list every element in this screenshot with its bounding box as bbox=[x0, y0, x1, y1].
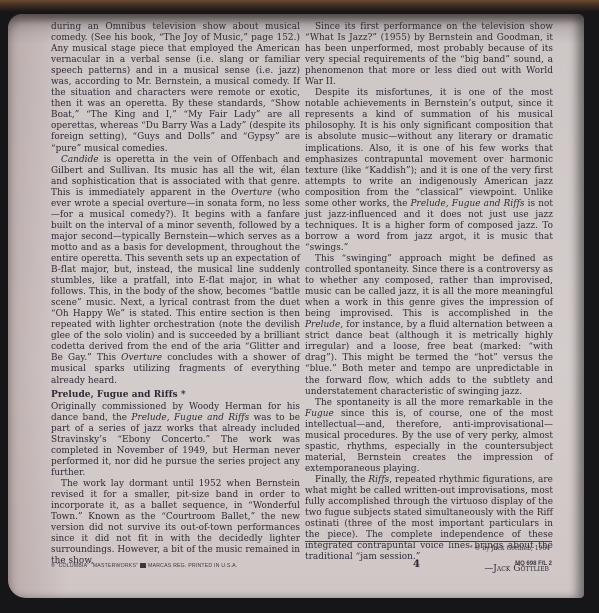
italic-title: Prelude bbox=[305, 320, 340, 330]
page-number: 4 bbox=[413, 559, 420, 570]
trademark-text: ® “COLUMBIA” “MASTERWORKS” bbox=[51, 563, 138, 569]
columbia-logo-icon bbox=[140, 563, 146, 568]
paragraph-text: This “swinging” approach might be define… bbox=[305, 254, 553, 319]
paragraph: Candide is operetta in the vein of Offen… bbox=[51, 155, 300, 387]
section-heading: Prelude, Fugue and Riffs * bbox=[51, 390, 300, 401]
right-column: Since its first performance on the telev… bbox=[305, 22, 553, 575]
paragraph-text: Finally, the bbox=[315, 475, 368, 485]
paragraph: This “swinging” approach might be define… bbox=[305, 254, 553, 398]
paragraph: The work lay dormant until 1952 when Ber… bbox=[51, 479, 300, 567]
paragraph-text: , for instance, by a fluid alternation b… bbox=[305, 320, 553, 396]
paragraph-text: during an Omnibus television show about … bbox=[51, 22, 300, 154]
italic-title: Overture bbox=[121, 353, 162, 363]
paragraph: The spontaneity is all the more remarkab… bbox=[305, 398, 553, 475]
catalog-number: MQ 698 F/L 2 bbox=[472, 561, 552, 567]
paragraph-text: Since its first performance on the telev… bbox=[305, 22, 553, 87]
italic-title: Prelude, Fugue and Riffs bbox=[411, 199, 525, 209]
trademark-text: MARCAS REG. PRINTED IN U.S.A. bbox=[148, 563, 237, 569]
footer-divider bbox=[305, 541, 552, 542]
paragraph: Despite its misfortunes, it is one of th… bbox=[305, 88, 553, 254]
italic-title: Overture bbox=[231, 188, 272, 198]
paragraph-text: since this is, of course, one of the mos… bbox=[305, 409, 553, 474]
paragraph-text: (who ever wrote a special overture—in so… bbox=[51, 188, 300, 364]
italic-title: Candide bbox=[61, 155, 99, 165]
paragraph: during an Omnibus television show about … bbox=[51, 22, 300, 155]
trademark-line: ® “COLUMBIA” “MASTERWORKS”MARCAS REG. PR… bbox=[51, 563, 237, 569]
paragraph-text: Despite its misfortunes, it is one of th… bbox=[305, 88, 553, 208]
paragraph: Since its first performance on the telev… bbox=[305, 22, 553, 88]
paragraph-text: The spontaneity is all the more remarkab… bbox=[315, 398, 553, 408]
paragraph: Originally commissioned by Woody Herman … bbox=[51, 402, 300, 479]
left-column: during an Omnibus television show about … bbox=[51, 22, 300, 567]
paragraph-text: The work lay dormant until 1952 when Ber… bbox=[51, 479, 300, 566]
italic-title: Fugue bbox=[305, 409, 334, 419]
copyright-footnote: * © by Jack Gottlieb, 1964 bbox=[400, 545, 550, 552]
italic-title: Prelude, Fugue and Riffs bbox=[131, 413, 249, 423]
italic-title: Riffs bbox=[368, 475, 389, 485]
